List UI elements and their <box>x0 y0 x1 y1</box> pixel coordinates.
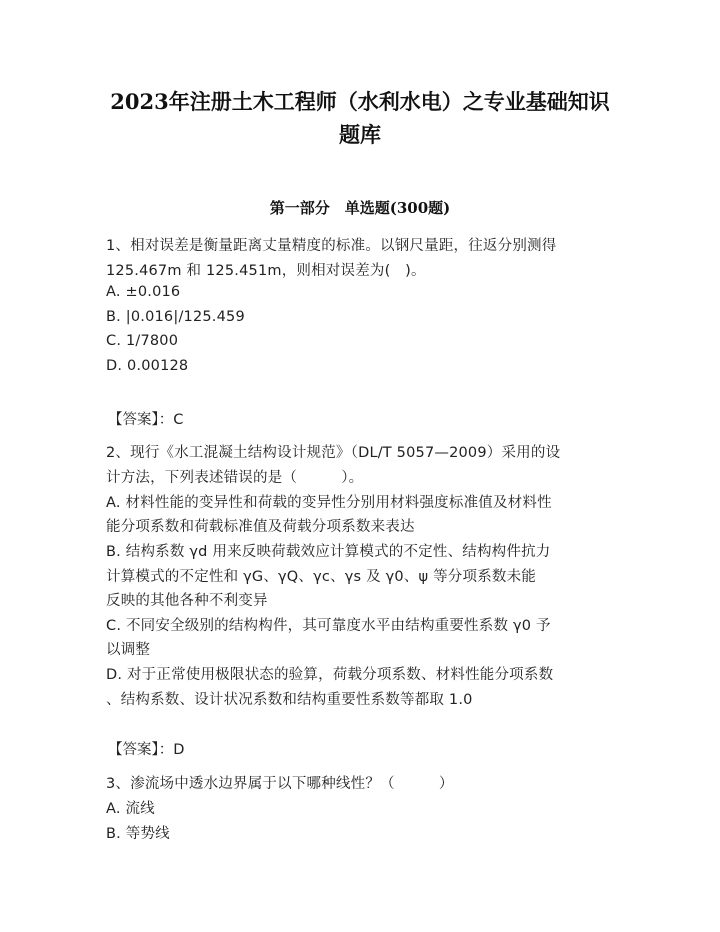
document-title-line-2: 题库 <box>0 119 720 149</box>
document-title-line-1: 2023年注册土木工程师（水利水电）之专业基础知识 <box>0 86 720 116</box>
option-b-cont: 计算模式的不定性和 γG、γQ、γc、γs 及 γ0、ψ 等分项系数未能 <box>106 565 536 586</box>
option-a-cont: 能分项系数和荷载标准值及荷载分项系数来表达 <box>106 515 415 536</box>
question-stem-line: 1、相对误差是衡量距离丈量精度的标准。以钢尺量距，往返分别测得 <box>106 234 556 255</box>
option-a: A. 流线 <box>106 797 155 818</box>
answer: 【答案】：C <box>108 408 183 429</box>
option-d: D. 对于正常使用极限状态的验算，荷载分项系数、材料性能分项系数 <box>106 663 553 684</box>
question-stem-line: 2、现行《水工混凝土结构设计规范》（DL/T 5057—2009）采用的设 <box>106 441 560 462</box>
question-stem-line: 3、渗流场中透水边界属于以下哪种线性？（ ） <box>106 772 454 793</box>
question-stem-line: 计方法，下列表述错误的是（ ）。 <box>106 466 363 487</box>
option-c: C. 不同安全级别的结构构件，其可靠度水平由结构重要性系数 γ0 予 <box>106 614 551 635</box>
option-a: A. ±0.016 <box>106 284 180 300</box>
option-b: B. 结构系数 γd 用来反映荷载效应计算模式的不定性、结构构件抗力 <box>106 540 550 561</box>
question-stem-line: 125.467m 和 125.451m，则相对误差为( )。 <box>106 259 426 280</box>
section-heading: 第一部分 单选题(300题) <box>0 197 720 218</box>
option-c-cont: 以调整 <box>106 638 150 659</box>
option-a: A. 材料性能的变异性和荷载的变异性分别用材料强度标准值及材料性 <box>106 491 552 512</box>
option-b: B. |0.016|/125.459 <box>106 309 245 325</box>
option-b: B. 等势线 <box>106 822 170 843</box>
answer: 【答案】：D <box>108 738 184 759</box>
option-c: C. 1/7800 <box>106 333 178 349</box>
option-b-cont: 反映的其他各种不利变异 <box>106 589 268 610</box>
option-d-cont: 、结构系数、设计状况系数和结构重要性系数等都取 1.0 <box>106 688 473 709</box>
option-d: D. 0.00128 <box>106 358 188 374</box>
